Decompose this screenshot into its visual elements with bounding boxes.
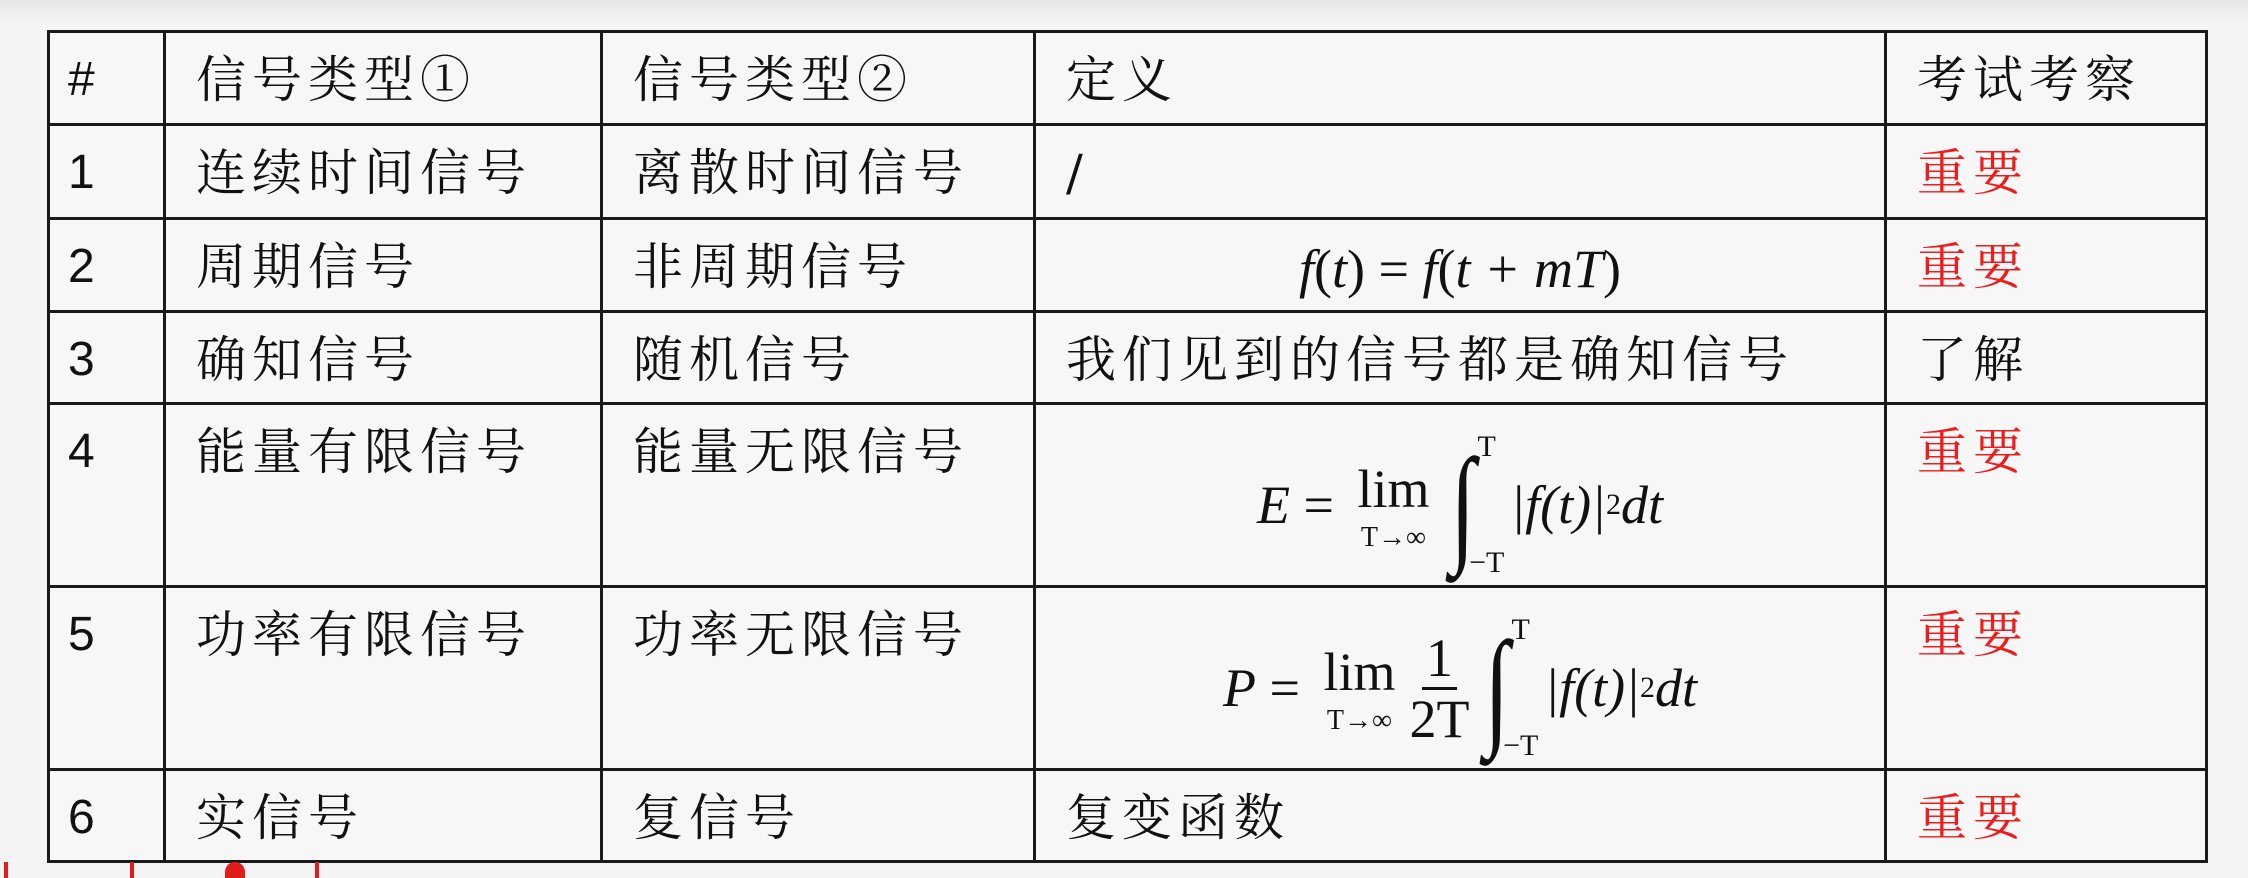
- header-type2: 信号类型②: [602, 32, 1035, 125]
- type1-cell: 周期信号: [165, 219, 602, 312]
- header-num: #: [49, 32, 165, 125]
- exam-cell: 重要: [1886, 770, 2207, 862]
- energy-formula: E = limT→∞ ∫T−T |f(t)|2dt: [1036, 410, 1884, 580]
- header-exam: 考试考察: [1886, 32, 2207, 125]
- lim-subscript: T→∞: [1361, 524, 1426, 552]
- formula-exponent: 2: [1640, 671, 1655, 705]
- type1-cell: 实信号: [165, 770, 602, 862]
- type1-cell: 能量有限信号: [165, 404, 602, 587]
- row-num: 1: [50, 126, 163, 198]
- type2-cell: 功率无限信号: [602, 587, 1035, 770]
- exam-cell: 重要: [1886, 587, 2207, 770]
- row-num: 2: [50, 220, 163, 292]
- definition-cell: P = limT→∞ 12T ∫T−T |f(t)|2dt: [1035, 587, 1886, 770]
- definition-cell: 复变函数: [1035, 770, 1886, 862]
- row-num: 3: [50, 313, 163, 385]
- table-row: 4 能量有限信号 能量无限信号 E = limT→∞ ∫T−T |f(t)|2d…: [49, 404, 2207, 587]
- fraction: 12T: [1409, 629, 1469, 748]
- definition-text: /: [1036, 126, 1884, 198]
- formula-symbol: P: [1223, 657, 1256, 719]
- type2-cell: 随机信号: [602, 312, 1035, 404]
- formula-integrand: |f(t)|: [1544, 657, 1640, 719]
- row-num-cell: 5: [49, 587, 165, 770]
- type1-label: 周期信号: [166, 220, 600, 292]
- type1-label: 功率有限信号: [166, 588, 600, 660]
- row-num: 4: [50, 405, 163, 477]
- fraction-denominator: 2T: [1409, 690, 1469, 748]
- table-row: 1 连续时间信号 离散时间信号 / 重要: [49, 125, 2207, 219]
- type1-cell: 功率有限信号: [165, 587, 602, 770]
- definition-text: 复变函数: [1036, 771, 1884, 843]
- exam-cell: 了解: [1886, 312, 2207, 404]
- formula-equals: =: [1256, 657, 1313, 719]
- type2-label: 能量无限信号: [603, 405, 1033, 477]
- table-row: 6 实信号 复信号 复变函数 重要: [49, 770, 2207, 862]
- type1-label: 实信号: [166, 771, 600, 843]
- definition-cell: f(t) = f(t + mT): [1035, 219, 1886, 312]
- exam-cell: 重要: [1886, 125, 2207, 219]
- lim-subscript: T→∞: [1327, 707, 1392, 735]
- definition-cell: 我们见到的信号都是确知信号: [1035, 312, 1886, 404]
- row-num: 6: [50, 771, 163, 843]
- type1-cell: 确知信号: [165, 312, 602, 404]
- lim-label: lim: [1357, 458, 1429, 520]
- formula-exponent: 2: [1606, 488, 1621, 522]
- formula-differential: dt: [1621, 474, 1663, 536]
- type2-cell: 离散时间信号: [602, 125, 1035, 219]
- exam-importance-badge: 重要: [1887, 126, 2205, 198]
- type1-cell: 连续时间信号: [165, 125, 602, 219]
- exam-importance-badge: 重要: [1887, 588, 2205, 660]
- formula-symbol: f: [1423, 239, 1438, 299]
- type2-cell: 非周期信号: [602, 219, 1035, 312]
- row-num-cell: 2: [49, 219, 165, 312]
- integral-icon: ∫T−T: [1479, 613, 1538, 763]
- definition-text: 我们见到的信号都是确知信号: [1036, 313, 1884, 385]
- row-num-cell: 4: [49, 404, 165, 587]
- type2-cell: 能量无限信号: [602, 404, 1035, 587]
- type1-label: 确知信号: [166, 313, 600, 385]
- limit-operator: limT→∞: [1357, 458, 1429, 552]
- type2-label: 功率无限信号: [603, 588, 1033, 660]
- formula-equals: =: [1290, 474, 1347, 536]
- fraction-numerator: 1: [1422, 629, 1457, 690]
- header-exam-label: 考试考察: [1887, 33, 2205, 105]
- red-annotation-marks: [0, 862, 400, 878]
- type2-label: 随机信号: [603, 313, 1033, 385]
- row-num-cell: 1: [49, 125, 165, 219]
- formula-differential: dt: [1655, 657, 1697, 719]
- table-row: 5 功率有限信号 功率无限信号 P = limT→∞ 12T ∫T−T |f(t…: [49, 587, 2207, 770]
- row-num: 5: [50, 588, 163, 660]
- header-num-label: #: [50, 33, 163, 105]
- type2-label: 复信号: [603, 771, 1033, 843]
- header-type1: 信号类型①: [165, 32, 602, 125]
- table-row: 2 周期信号 非周期信号 f(t) = f(t + mT) 重要: [49, 219, 2207, 312]
- exam-cell: 重要: [1886, 404, 2207, 587]
- exam-cell: 重要: [1886, 219, 2207, 312]
- header-type2-label: 信号类型②: [603, 33, 1033, 105]
- periodic-formula: f(t) = f(t + mT): [1036, 220, 1884, 300]
- header-row: # 信号类型① 信号类型② 定义 考试考察: [49, 32, 2207, 125]
- type1-label: 连续时间信号: [166, 126, 600, 198]
- formula-symbol: t: [1332, 239, 1347, 299]
- formula-symbol: E: [1257, 474, 1290, 536]
- header-type1-label: 信号类型①: [166, 33, 600, 105]
- row-num-cell: 6: [49, 770, 165, 862]
- formula-symbol: f: [1299, 239, 1314, 299]
- power-formula: P = limT→∞ 12T ∫T−T |f(t)|2dt: [1036, 593, 1884, 763]
- signal-types-table: # 信号类型① 信号类型② 定义 考试考察 1 连续时间信号 离散时间信号 / …: [47, 30, 2208, 863]
- definition-cell: E = limT→∞ ∫T−T |f(t)|2dt: [1035, 404, 1886, 587]
- integral-icon: ∫T−T: [1445, 430, 1504, 580]
- formula-symbol: t + mT: [1456, 239, 1603, 299]
- header-definition: 定义: [1035, 32, 1886, 125]
- definition-cell: /: [1035, 125, 1886, 219]
- lim-label: lim: [1323, 641, 1395, 703]
- table-row: 3 确知信号 随机信号 我们见到的信号都是确知信号 了解: [49, 312, 2207, 404]
- type2-label: 非周期信号: [603, 220, 1033, 292]
- exam-importance-badge: 了解: [1887, 313, 2205, 385]
- limit-operator: limT→∞: [1323, 641, 1395, 735]
- type2-cell: 复信号: [602, 770, 1035, 862]
- formula-integrand: |f(t)|: [1510, 474, 1606, 536]
- top-blur-edge: [0, 0, 2248, 22]
- row-num-cell: 3: [49, 312, 165, 404]
- exam-importance-badge: 重要: [1887, 405, 2205, 477]
- type1-label: 能量有限信号: [166, 405, 600, 477]
- formula-equals: =: [1365, 239, 1422, 299]
- exam-importance-badge: 重要: [1887, 220, 2205, 292]
- exam-importance-badge: 重要: [1887, 771, 2205, 843]
- type2-label: 离散时间信号: [603, 126, 1033, 198]
- header-definition-label: 定义: [1036, 33, 1884, 105]
